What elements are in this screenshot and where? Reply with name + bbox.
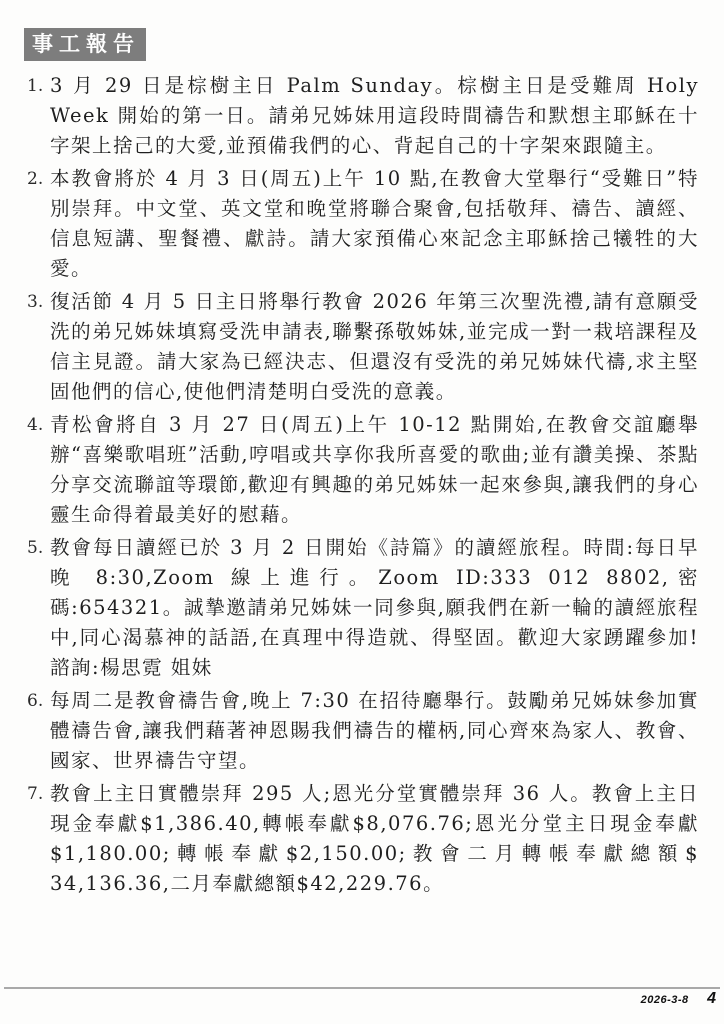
- footer-text-row: 2026-3-8 4: [0, 990, 724, 1008]
- item-text: 本教會將於 4 月 3 日(周五)上午 10 點,在教會大堂舉行“受難日”特別崇…: [50, 164, 699, 284]
- item-text: 教會每日讀經已於 3 月 2 日開始《詩篇》的讀經旅程。時間:每日早晚 8:30…: [50, 533, 699, 683]
- document-page: 事工報告 1. 3 月 29 日是棕樹主日 Palm Sunday。棕樹主日是受…: [0, 0, 724, 1024]
- report-list: 1. 3 月 29 日是棕樹主日 Palm Sunday。棕樹主日是受難周 Ho…: [0, 71, 724, 902]
- item-number: 3.: [27, 287, 50, 317]
- page-footer: 2026-3-8 4: [0, 987, 724, 1008]
- list-item: 3. 復活節 4 月 5 日主日將舉行教會 2026 年第三次聖洗禮,請有意願受…: [0, 287, 724, 407]
- item-text: 每周二是教會禱告會,晚上 7:30 在招待廳舉行。鼓勵弟兄姊妹參加實體禱告會,讓…: [50, 686, 699, 776]
- list-item: 4. 青松會將自 3 月 27 日(周五)上午 10-12 點開始,在教會交誼廳…: [0, 410, 724, 530]
- item-number: 7.: [27, 779, 50, 809]
- item-number: 6.: [27, 686, 50, 716]
- footer-date: 2026-3-8: [641, 994, 689, 1006]
- list-item: 6. 每周二是教會禱告會,晚上 7:30 在招待廳舉行。鼓勵弟兄姊妹參加實體禱告…: [0, 686, 724, 776]
- item-text: 教會上主日實體崇拜 295 人;恩光分堂實體崇拜 36 人。教會上主日現金奉獻$…: [50, 779, 699, 899]
- section-title-badge: 事工報告: [24, 28, 146, 61]
- item-number: 2.: [27, 164, 50, 194]
- list-item: 2. 本教會將於 4 月 3 日(周五)上午 10 點,在教會大堂舉行“受難日”…: [0, 164, 724, 284]
- page-number: 4: [707, 990, 716, 1007]
- item-number: 1.: [27, 71, 50, 101]
- list-item: 5. 教會每日讀經已於 3 月 2 日開始《詩篇》的讀經旅程。時間:每日早晚 8…: [0, 533, 724, 683]
- item-number: 4.: [27, 410, 50, 440]
- list-item: 1. 3 月 29 日是棕樹主日 Palm Sunday。棕樹主日是受難周 Ho…: [0, 71, 724, 161]
- item-text: 復活節 4 月 5 日主日將舉行教會 2026 年第三次聖洗禮,請有意願受洗的弟…: [50, 287, 699, 407]
- item-text: 3 月 29 日是棕樹主日 Palm Sunday。棕樹主日是受難周 Holy …: [50, 71, 699, 161]
- item-number: 5.: [27, 533, 50, 563]
- footer-rule: [4, 987, 720, 989]
- list-item: 7. 教會上主日實體崇拜 295 人;恩光分堂實體崇拜 36 人。教會上主日現金…: [0, 779, 724, 899]
- item-text: 青松會將自 3 月 27 日(周五)上午 10-12 點開始,在教會交誼廳舉辦“…: [50, 410, 699, 530]
